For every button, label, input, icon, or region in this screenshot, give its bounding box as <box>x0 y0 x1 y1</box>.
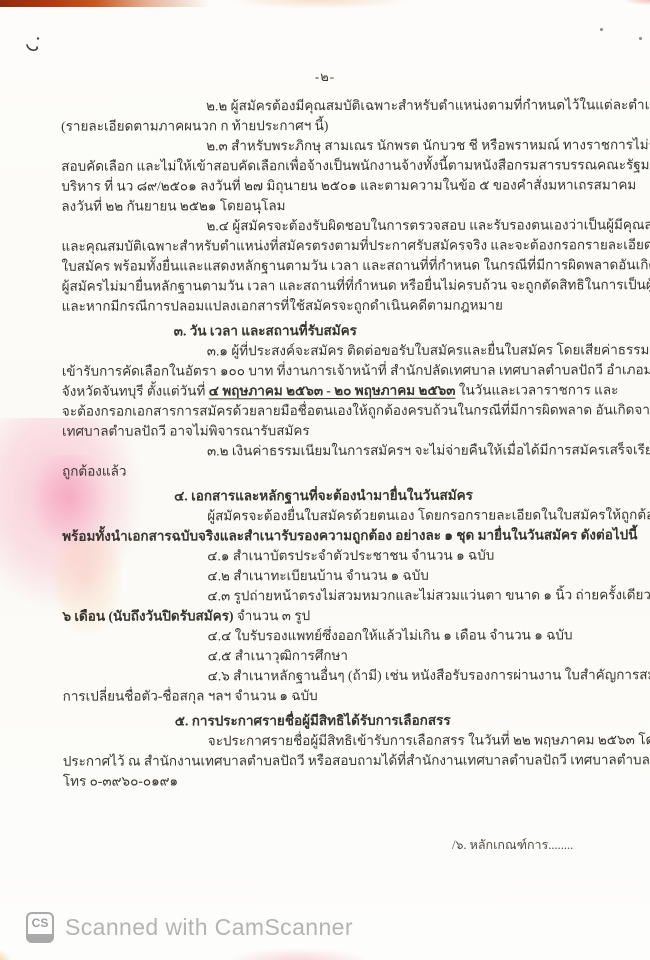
document-line: ๔.๖ สำเนาหลักฐานอื่นๆ (ถ้ามี) เช่น หนังส… <box>63 665 623 686</box>
document-line: เทศบาลตำบลปัถวี อาจไม่พิจารณารับสมัคร <box>62 420 622 441</box>
camscanner-logo-letters: CS <box>28 916 52 930</box>
camscanner-logo-bar <box>28 934 52 941</box>
scan-speck-1 <box>600 28 603 31</box>
document-line: ลงวันที่ ๒๒ กันยายน ๒๕๒๑ โดยอนุโลม <box>61 195 621 216</box>
scan-artifact-bottom-pink <box>228 948 368 960</box>
scanned-document-page: -๒- ๒.๒ ผู้สมัครต้องมีคุณสมบัติเฉพาะสำหร… <box>0 0 650 960</box>
document-line: และคุณสมบัติเฉพาะสำหรับตำแหน่งที่สมัครตร… <box>61 235 621 256</box>
document-line: ๓.๒ เงินค่าธรรมเนียมในการสมัครฯ จะไม่จ่า… <box>62 440 622 461</box>
scan-artifact-bottom-left-speck <box>0 950 11 960</box>
scan-artifact-top-smudge <box>225 0 415 9</box>
underlined-date-range: ๔ พฤษภาคม ๒๕๖๓ - ๒๐ พฤษภาคม ๒๕๖๓ <box>209 383 456 399</box>
document-line: ๕. การประกาศรายชื่อผู้มีสิทธิได้รับการเล… <box>63 710 623 731</box>
document-line: สอบคัดเลือก และไม่ให้เข้าสอบคัดเลือกเพื่… <box>61 155 621 176</box>
text-run: ๖ เดือน (นับถึงวันปิดรับสมัคร) <box>62 608 233 623</box>
document-line: ๒.๒ ผู้สมัครต้องมีคุณสมบัติเฉพาะสำหรับตำ… <box>61 95 621 116</box>
document-line: โทร ๐-๓๙๖๐-๐๑๙๑ <box>63 770 623 791</box>
document-line: ใบสมัคร พร้อมทั้งยื่นและแสดงหลักฐานตามวั… <box>62 255 622 276</box>
document-line: ๔.๕ สำเนาวุฒิการศึกษา <box>63 645 623 666</box>
document-line: ประกาศไว้ ณ สำนักงานเทศบาลตำบลปัถวี หรือ… <box>63 750 623 771</box>
document-body: ๒.๒ ผู้สมัครต้องมีคุณสมบัติเฉพาะสำหรับตำ… <box>61 95 623 791</box>
document-line: จะประกาศรายชื่อผู้มีสิทธิเข้ารับการเลือก… <box>63 730 623 751</box>
text-run: จังหวัดจันทบุรี ตั้งแต่วันที่ <box>62 383 209 398</box>
document-line: ผู้สมัครไม่มายื่นหลักฐานตามวัน เวลา และส… <box>62 275 622 296</box>
document-line: ๔.๔ ใบรับรองแพทย์ซึ่งออกให้แล้วไม่เกิน ๑… <box>62 625 622 646</box>
document-line: ๒.๔ ผู้สมัครจะต้องรับผิดชอบในการตรวจสอบ … <box>61 215 621 236</box>
document-line: ๔. เอกสารและหลักฐานที่จะต้องนำมายื่นในวั… <box>62 485 622 506</box>
document-line: ๒.๓ สำหรับพระภิกษุ สามเณร นักพรต นักบวช … <box>61 135 621 156</box>
scan-speck-2 <box>639 37 642 40</box>
document-line: ๓. วัน เวลา และสถานที่รับสมัคร <box>62 320 622 341</box>
text-run: ในวันและเวลาราชการ และ <box>455 382 618 397</box>
document-line: เข้ารับการคัดเลือกในอัตรา ๑๐๐ บาท ที่งาน… <box>62 360 622 381</box>
document-line: การเปลี่ยนชื่อตัว-ชื่อสกุล ฯลฯ จำนวน ๑ ฉ… <box>63 685 623 706</box>
document-line: พร้อมทั้งนำเอกสารฉบับจริงและสำเนารับรองค… <box>62 525 622 546</box>
camscanner-watermark-text: Scanned with CamScanner <box>65 914 353 941</box>
text-run: จำนวน ๓ รูป <box>233 608 310 623</box>
document-line: ๔.๑ สำเนาบัตรประจำตัวประชาชน จำนวน ๑ ฉบั… <box>62 545 622 566</box>
footer-continuation-note: /๖. หลักเกณฑ์การ........ <box>452 835 573 855</box>
camscanner-logo-icon: CS <box>26 912 54 943</box>
document-line: ผู้สมัครจะต้องยื่นใบสมัครด้วยตนเอง โดยกร… <box>62 505 622 526</box>
pen-mark-squiggle <box>24 36 46 61</box>
scan-artifact-top-right-speck <box>624 0 650 5</box>
document-line: ๔.๒ สำเนาทะเบียนบ้าน จำนวน ๑ ฉบับ <box>62 565 622 586</box>
document-line: จะต้องกรอกเอกสารการสมัครด้วยลายมือชื่อตน… <box>62 400 622 421</box>
page-number: -๒- <box>0 66 650 87</box>
document-line: จังหวัดจันทบุรี ตั้งแต่วันที่ ๔ พฤษภาคม … <box>62 380 622 401</box>
document-line: ๓.๑ ผู้ที่ประสงค์จะสมัคร ติดต่อขอรับใบสม… <box>62 340 622 361</box>
document-line: ถูกต้องแล้ว <box>62 460 622 481</box>
document-line: และหากมีกรณีการปลอมแปลงเอกสารที่ใช้สมัคร… <box>62 295 622 316</box>
document-line: บริหาร ที่ นว ๘๙/๒๕๐๑ ลงวันที่ ๒๗ มิถุนา… <box>61 175 621 196</box>
document-line: ๖ เดือน (นับถึงวันปิดรับสมัคร) จำนวน ๓ ร… <box>62 605 622 626</box>
document-line: ๔.๓ รูปถ่ายหน้าตรงไม่สวมหมวกและไม่สวมแว่… <box>62 585 622 606</box>
camscanner-watermark: CS Scanned with CamScanner <box>26 912 353 943</box>
document-line: (รายละเอียดตามภาคผนวก ก ท้ายประกาศฯ นี้) <box>61 115 621 136</box>
scan-artifact-red-strip <box>0 0 210 7</box>
